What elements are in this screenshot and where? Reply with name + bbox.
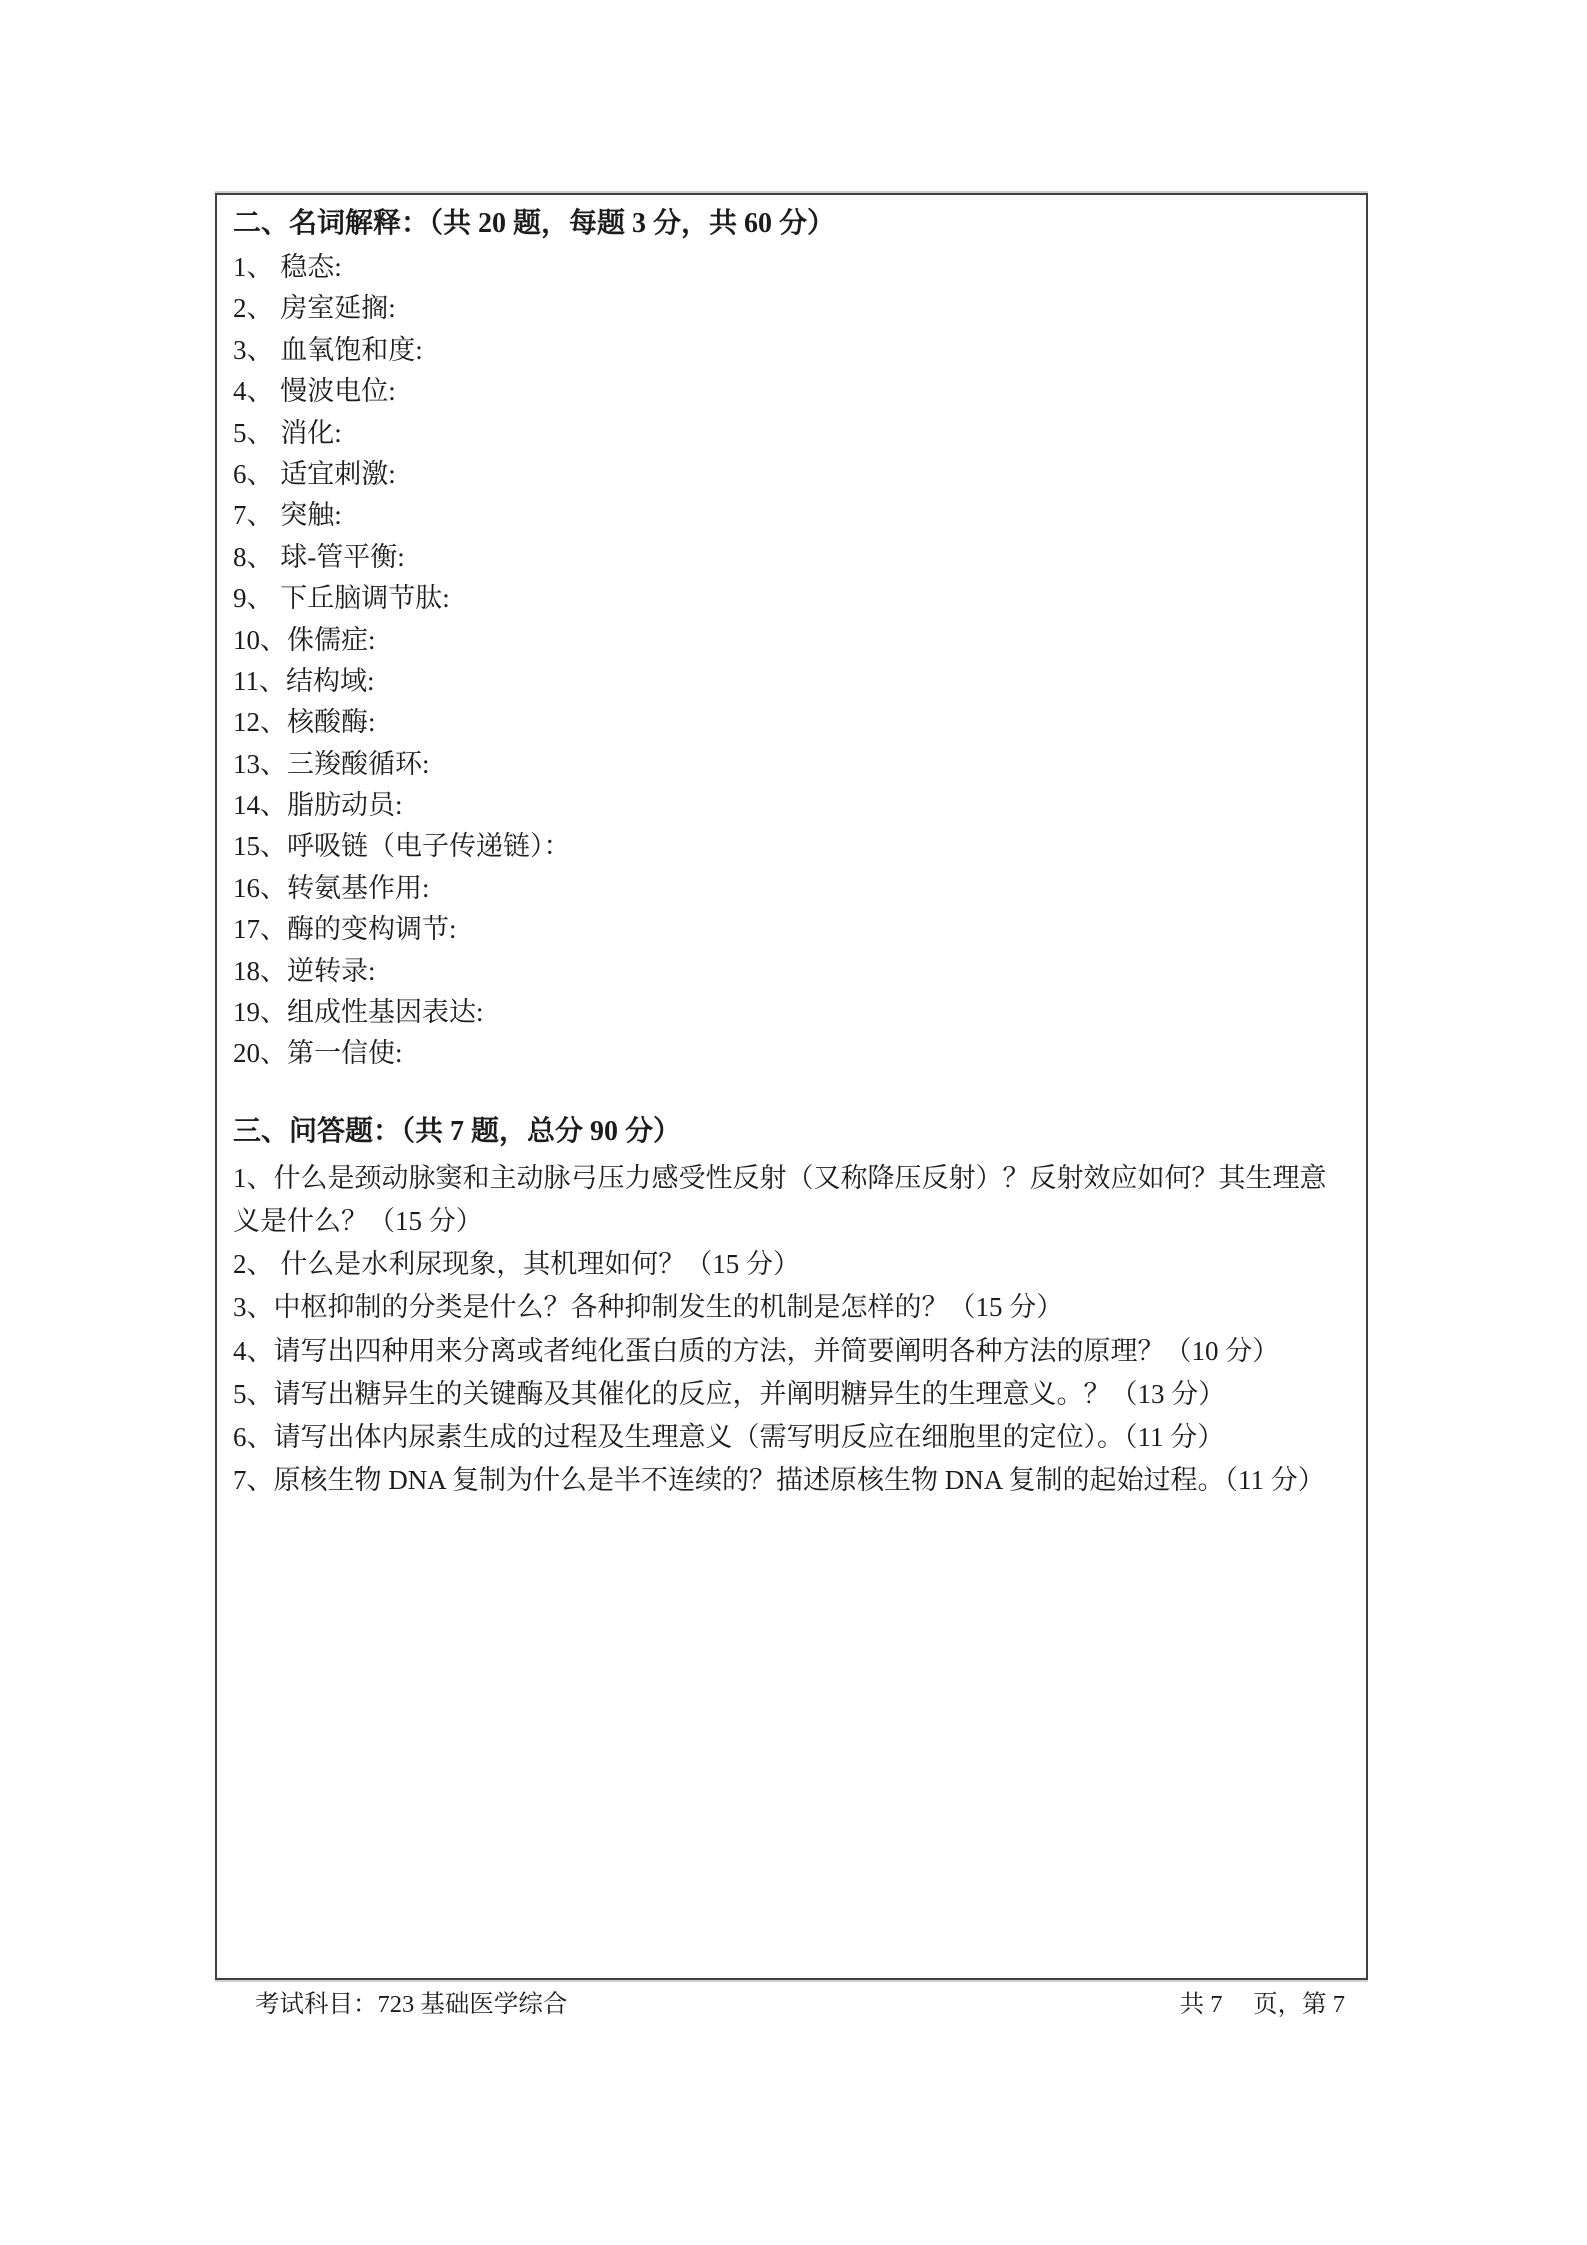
page-footer: 考试科目：723 基础医学综合 共 7 页，第 7 — [255, 1988, 1345, 2022]
term-item-4: 4、 慢波电位: — [233, 371, 1353, 412]
section3-heading: 三、问答题：（共 7 题，总分 90 分） — [233, 1109, 1353, 1155]
term-item-6: 6、 适宜刺激: — [233, 454, 1353, 495]
term-item-1: 1、 稳态: — [233, 247, 1353, 288]
term-item-15: 15、呼吸链（电子传递链）： — [233, 826, 1353, 867]
section2-heading: 二、名词解释：（共 20 题，每题 3 分，共 60 分） — [233, 201, 1353, 247]
question-item-3: 3、中枢抑制的分类是什么？各种抑制发生的机制是怎样的？（15 分） — [233, 1286, 1353, 1329]
terms-list: 1、 稳态: 2、 房室延搁: 3、 血氧饱和度: 4、 慢波电位: 5、 消化… — [233, 247, 1353, 1075]
term-item-18: 18、逆转录: — [233, 951, 1353, 992]
exam-page: 二、名词解释：（共 20 题，每题 3 分，共 60 分） 1、 稳态: 2、 … — [0, 0, 1587, 2245]
question-item-7: 7、原核生物 DNA 复制为什么是半不连续的？描述原核生物 DNA 复制的起始过… — [233, 1459, 1353, 1502]
term-item-14: 14、脂肪动员: — [233, 785, 1353, 826]
term-item-10: 10、侏儒症: — [233, 620, 1353, 661]
term-item-8: 8、 球-管平衡: — [233, 537, 1353, 578]
term-item-11: 11、结构域: — [233, 661, 1353, 702]
questions-list: 1、什么是颈动脉窦和主动脉弓压力感受性反射（又称降压反射）？反射效应如何？其生理… — [233, 1157, 1353, 1503]
term-item-2: 2、 房室延搁: — [233, 288, 1353, 329]
term-item-5: 5、 消化: — [233, 413, 1353, 454]
question-item-5: 5、请写出糖异生的关键酶及其催化的反应，并阐明糖异生的生理意义。？（13 分） — [233, 1373, 1353, 1416]
term-item-17: 17、酶的变构调节: — [233, 909, 1353, 950]
question-item-6: 6、请写出体内尿素生成的过程及生理意义（需写明反应在细胞里的定位）。（11 分） — [233, 1416, 1353, 1459]
term-item-13: 13、三羧酸循环: — [233, 744, 1353, 785]
term-item-19: 19、组成性基因表达: — [233, 992, 1353, 1033]
question-item-4: 4、请写出四种用来分离或者纯化蛋白质的方法，并简要阐明各种方法的原理？（10 分… — [233, 1330, 1353, 1373]
footer-page-number: 共 7 页，第 7 — [1180, 1988, 1345, 2022]
term-item-20: 20、第一信使: — [233, 1033, 1353, 1074]
question-item-1: 1、什么是颈动脉窦和主动脉弓压力感受性反射（又称降压反射）？反射效应如何？其生理… — [233, 1157, 1353, 1243]
content-border-box: 二、名词解释：（共 20 题，每题 3 分，共 60 分） 1、 稳态: 2、 … — [215, 193, 1368, 1980]
term-item-3: 3、 血氧饱和度: — [233, 330, 1353, 371]
question-item-2: 2、 什么是水利尿现象，其机理如何？（15 分） — [233, 1243, 1353, 1286]
term-item-16: 16、转氨基作用: — [233, 868, 1353, 909]
term-item-9: 9、 下丘脑调节肽: — [233, 578, 1353, 619]
footer-subject-label: 考试科目：723 基础医学综合 — [255, 1988, 567, 2022]
term-item-12: 12、核酸酶: — [233, 702, 1353, 743]
term-item-7: 7、 突触: — [233, 495, 1353, 536]
